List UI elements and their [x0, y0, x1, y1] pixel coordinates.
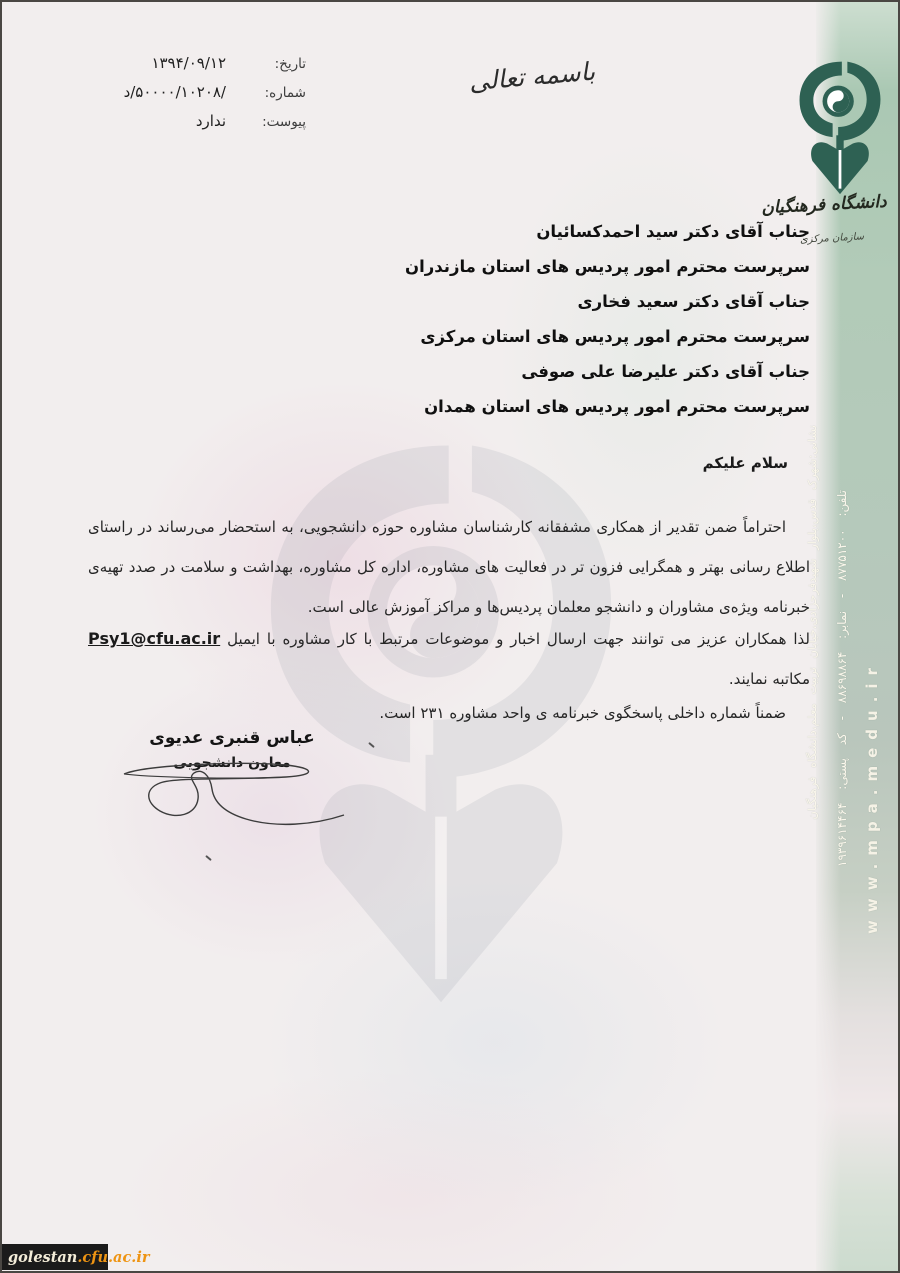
badge-site-domain: .cfu.ac.ir	[77, 1249, 149, 1266]
handwritten-signature	[116, 750, 354, 846]
letterhead-website-text: www.mpa.medu.ir	[863, 612, 881, 934]
pen-stray-mark	[205, 855, 212, 861]
recipient-title-2: سرپرست محترم امور پردیس های استان مرکزی	[90, 319, 810, 354]
meta-date-row: تاریخ: ۱۳۹۴/۰۹/۱۲	[66, 54, 306, 72]
university-emblem-icon	[794, 58, 886, 196]
recipient-title-1: سرپرست محترم امور پردیس های استان مازندر…	[90, 249, 810, 284]
recipient-name-2: جناب آقای دکتر سعید فخاری	[90, 284, 810, 319]
attachment-label: پیوست:	[252, 114, 306, 130]
recipient-title-3: سرپرست محترم امور پردیس های استان همدان	[90, 389, 810, 424]
recipient-name-3: جناب آقای دکتر علیرضا علی صوفی	[90, 354, 810, 389]
bismillah-calligraphy: باسمه تعالی	[421, 52, 643, 100]
letter-meta-block: تاریخ: ۱۳۹۴/۰۹/۱۲ شماره: د/۵۰۰۰۰/۱۰۲۰۸/ …	[66, 54, 306, 141]
badge-site-name: golestan	[8, 1249, 77, 1266]
recipient-name-1: جناب آقای دکتر سید احمدکسائیان	[90, 214, 810, 249]
number-label: شماره:	[252, 85, 306, 101]
letterhead-phone-fax-postal-text: تلفن: ۸۷۷۵۱۲۰۰ - نمابر: ۸۸۶۹۸۸۶۴ - کد پس…	[835, 490, 849, 1002]
date-value: ۱۳۹۴/۰۹/۱۲	[151, 54, 226, 72]
salutation: سلام علیکم	[703, 454, 788, 472]
scanned-letter-page: نشانی:شهرک قدس،بلوار شهیدفرحزادی،خیابان …	[0, 0, 900, 1273]
number-value: د/۵۰۰۰۰/۱۰۲۰۸/	[124, 83, 226, 101]
golestan-portal-badge: golestan.cfu.ac.ir	[2, 1244, 108, 1270]
paragraph-2-text-before-email: لذا همکاران عزیز می توانند جهت ارسال اخب…	[227, 630, 810, 648]
contact-email: Psy1@cfu.ac.ir	[88, 629, 220, 648]
meta-attachment-row: پیوست: ندارد	[66, 112, 306, 130]
paragraph-2-text-after-email: مکاتبه نمایند.	[729, 670, 810, 688]
body-paragraph-2: لذا همکاران عزیز می توانند جهت ارسال اخب…	[88, 619, 810, 699]
signatory-name: عباس قنبری عدیوی	[130, 724, 334, 752]
recipients-block: جناب آقای دکتر سید احمدکسائیان سرپرست مح…	[90, 214, 810, 424]
date-label: تاریخ:	[252, 56, 306, 72]
attachment-value: ندارد	[196, 112, 226, 130]
body-paragraph-1: احتراماً ضمن تقدیر از همکاری مشفقانه کار…	[88, 507, 810, 627]
meta-number-row: شماره: د/۵۰۰۰۰/۱۰۲۰۸/	[66, 83, 306, 101]
pen-stray-mark	[368, 742, 375, 748]
